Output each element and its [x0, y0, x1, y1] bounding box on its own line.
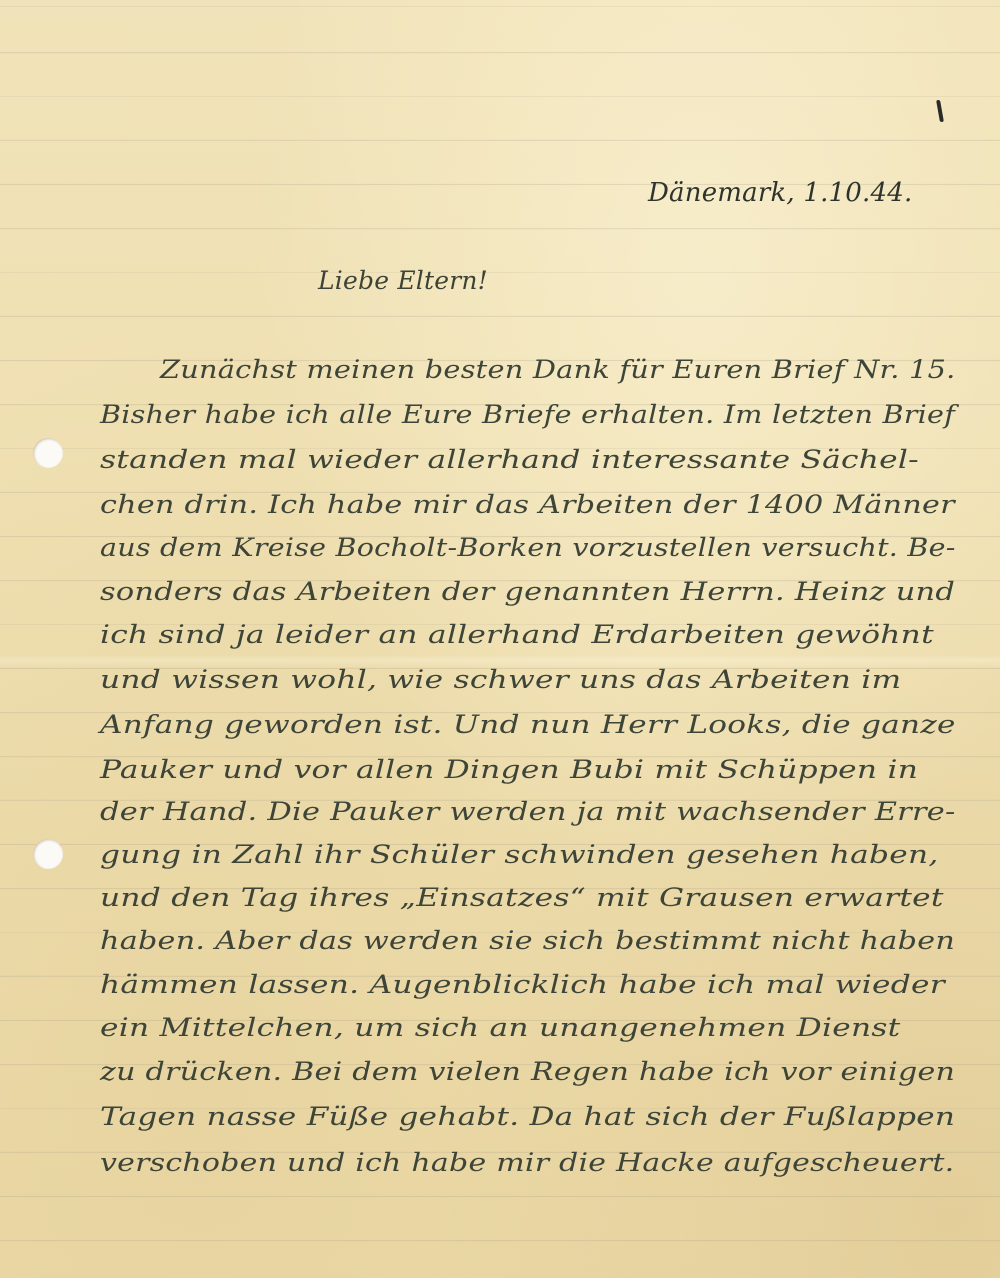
punch-hole-bottom	[33, 839, 63, 869]
body-line: sonders das Arbeiten der genannten Herrn…	[100, 577, 955, 607]
body-line: chen drin. Ich habe mir das Arbeiten der…	[100, 490, 955, 520]
body-line: zu drücken. Bei dem vielen Regen habe ic…	[100, 1057, 955, 1087]
body-line: Anfang geworden ist. Und nun Herr Looks,…	[100, 710, 956, 740]
body-line: gung in Zahl ihr Schüler schwinden geseh…	[100, 840, 939, 870]
letter-date: Dänemark, 1.10.44.	[648, 178, 912, 208]
body-line: standen mal wieder allerhand interessant…	[100, 445, 919, 475]
page-number-mark	[936, 100, 944, 122]
body-line: ich sind ja leider an allerhand Erdarbei…	[100, 620, 934, 650]
body-line: und wissen wohl, wie schwer uns das Arbe…	[100, 665, 901, 695]
body-line: hämmen lassen. Augenblicklich habe ich m…	[100, 970, 945, 1000]
body-line: und den Tag ihres „Einsatzes“ mit Grause…	[100, 883, 944, 913]
body-line: aus dem Kreise Bocholt-Borken vorzustell…	[100, 533, 956, 563]
body-line: haben. Aber das werden sie sich bestimmt…	[100, 926, 955, 956]
punch-hole-top	[33, 438, 63, 468]
body-line: Bisher habe ich alle Eure Briefe erhalte…	[100, 400, 955, 430]
letter-page: Dänemark, 1.10.44. Liebe Eltern! Zunächs…	[0, 0, 1000, 1278]
body-line: Pauker und vor allen Dingen Bubi mit Sch…	[100, 755, 918, 785]
body-line: Zunächst meinen besten Dank für Euren Br…	[160, 355, 956, 385]
body-line: verschoben und ich habe mir die Hacke au…	[100, 1148, 954, 1178]
body-line: ein Mittelchen, um sich an unangenehmen …	[100, 1013, 900, 1043]
salutation: Liebe Eltern!	[318, 266, 488, 295]
body-line: Tagen nasse Füße gehabt. Da hat sich der…	[100, 1102, 955, 1132]
body-line: der Hand. Die Pauker werden ja mit wachs…	[100, 797, 956, 827]
